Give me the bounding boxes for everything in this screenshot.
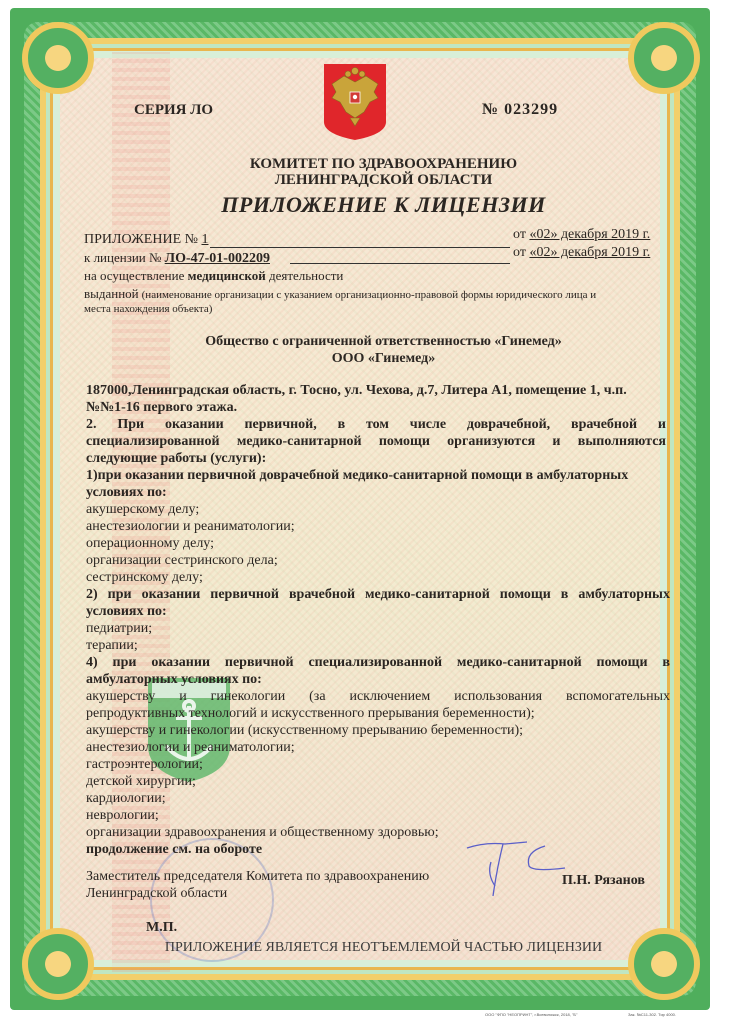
- section4-item: кардиологии;: [86, 792, 166, 806]
- section2-heading-line1-text: 2) при оказании первичной врачебной меди…: [86, 588, 670, 602]
- section4-item: акушерству и гинекологии (искусственному…: [86, 724, 523, 738]
- license-reference: к лицензии № ЛО-47-01-002209: [84, 251, 270, 266]
- section4-item: анестезиологии и реаниматологии;: [86, 741, 295, 755]
- section1-item: акушерскому делу;: [86, 503, 199, 517]
- section1-item: операционному делу;: [86, 537, 214, 551]
- section1-heading-line2: условиях по:: [86, 486, 167, 500]
- section4-item1-line1: акушерству и гинекологии (за исключением…: [86, 690, 670, 704]
- section1-item: анестезиологии и реаниматологии;: [86, 520, 295, 534]
- appendix-date: от «02» декабря 2019 г.: [513, 228, 650, 242]
- form-number: № 023299: [482, 102, 558, 118]
- corner-ornament-icon: [628, 928, 700, 1000]
- issued-line: выданной (наименование организации с ука…: [84, 287, 596, 301]
- signatory-name: П.Н. Рязанов: [562, 874, 645, 888]
- activity-prefix: на осуществление: [84, 268, 184, 283]
- section2-heading-line1: 2) при оказании первичной врачебной меди…: [86, 588, 670, 602]
- services-intro-line1: 2. При оказании первичной, в том числе д…: [86, 418, 666, 432]
- print-run-info: Зак. №С11-302. Тир 4000.: [628, 1012, 676, 1017]
- signatory-position-line1: Заместитель председателя Комитета по здр…: [86, 870, 429, 884]
- issued-prefix: выданной: [84, 286, 139, 301]
- section4-item1-line2: репродуктивных технологий и искусственно…: [86, 707, 535, 721]
- section4-item: организации здравоохранения и общественн…: [86, 826, 439, 840]
- organization-address-line2: №№1-16 первого этажа.: [86, 401, 237, 415]
- series-label: СЕРИЯ ЛО: [134, 103, 213, 118]
- activity-line: на осуществление медицинской деятельност…: [84, 269, 343, 282]
- section1-item: организации сестринского дела;: [86, 554, 278, 568]
- section4-heading-line2: амбулаторных условиях по:: [86, 673, 262, 687]
- section4-item1-line1-text: акушерству и гинекологии (за исключением…: [86, 690, 670, 704]
- organization-short-name: ООО «Гинемед»: [0, 352, 745, 366]
- committee-name-line2: ЛЕНИНГРАДСКОЙ ОБЛАСТИ: [0, 173, 745, 188]
- license-underline: [290, 263, 510, 264]
- section2-item: терапии;: [86, 639, 138, 653]
- license-number: ЛО-47-01-002209: [165, 251, 270, 266]
- signatory-position-line2: Ленинградской области: [86, 887, 227, 901]
- appendix-date-prefix: от: [513, 227, 526, 242]
- corner-ornament-icon: [22, 928, 94, 1000]
- continuation-note: продолжение см. на обороте: [86, 843, 262, 857]
- section1-heading-line1: 1)при оказании первичной доврачебной мед…: [86, 469, 628, 483]
- printer-info: ООО "ФПО "НЕОПРИНТ", г.Всеволожск, 2018,…: [485, 1012, 577, 1017]
- services-intro-line2-text: специализированной медико-санитарной пом…: [86, 435, 666, 449]
- organization-full-name: Общество с ограниченной ответственностью…: [0, 335, 745, 349]
- section4-item: гастроэнтерологии;: [86, 758, 203, 772]
- activity-suffix: деятельности: [269, 268, 343, 283]
- license-date: от «02» декабря 2019 г.: [513, 246, 650, 260]
- seal-label: М.П.: [146, 921, 177, 935]
- activity-type: медицинской: [188, 268, 266, 283]
- services-intro-line2: специализированной медико-санитарной пом…: [86, 435, 666, 449]
- footer-notice: ПРИЛОЖЕНИЕ ЯВЛЯЕТСЯ НЕОТЪЕМЛЕМОЙ ЧАСТЬЮ …: [0, 941, 745, 955]
- committee-name-line1: КОМИТЕТ ПО ЗДРАВООХРАНЕНИЮ: [0, 157, 745, 172]
- signature-icon: [465, 838, 575, 900]
- section2-heading-line2: условиях по:: [86, 605, 167, 619]
- section4-item: неврологии;: [86, 809, 159, 823]
- issued-note-line2: места нахождения объекта): [84, 304, 212, 315]
- license-date-value: «02» декабря 2019 г.: [529, 245, 650, 260]
- document-title: ПРИЛОЖЕНИЕ К ЛИЦЕНЗИИ: [0, 194, 745, 216]
- section4-item: детской хирургии;: [86, 775, 196, 789]
- section4-heading-line1: 4) при оказании первичной специализирова…: [86, 656, 670, 670]
- section2-item: педиатрии;: [86, 622, 152, 636]
- services-intro-line1-text: 2. При оказании первичной, в том числе д…: [86, 418, 666, 432]
- corner-ornament-icon: [22, 22, 94, 94]
- services-intro-line3: следующие работы (услуги):: [86, 452, 266, 466]
- appendix-number: 1: [202, 232, 209, 247]
- appendix-underline: [210, 247, 510, 248]
- appendix-prefix: ПРИЛОЖЕНИЕ №: [84, 232, 198, 247]
- license-prefix: к лицензии №: [84, 250, 161, 265]
- appendix-label: ПРИЛОЖЕНИЕ № 1: [84, 233, 209, 247]
- issued-note: (наименование организации с указанием ор…: [142, 289, 597, 301]
- section1-item: сестринскому делу;: [86, 571, 203, 585]
- corner-ornament-icon: [628, 22, 700, 94]
- license-date-prefix: от: [513, 245, 526, 260]
- section4-heading-line1-text: 4) при оказании первичной специализирова…: [86, 656, 670, 670]
- organization-address-line1: 187000,Ленинградская область, г. Тосно, …: [86, 384, 627, 398]
- appendix-date-value: «02» декабря 2019 г.: [529, 227, 650, 242]
- russian-coat-of-arms-icon: [322, 62, 388, 142]
